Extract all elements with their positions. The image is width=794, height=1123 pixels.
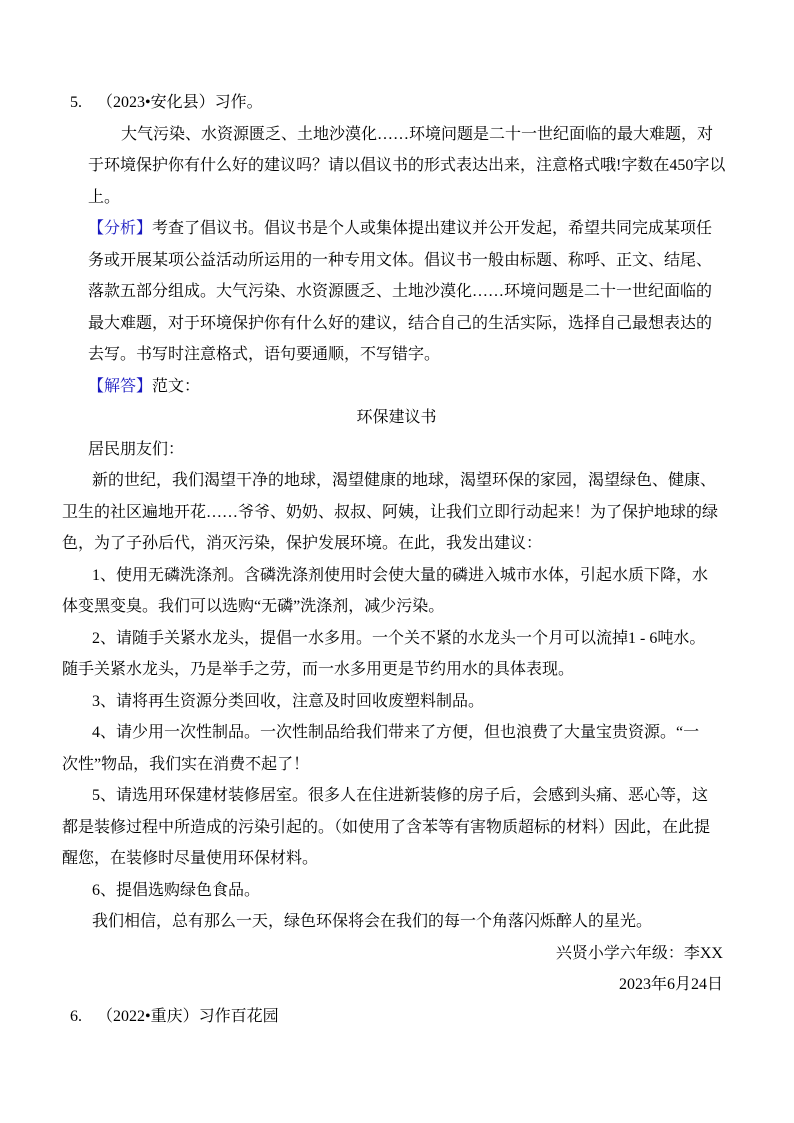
item5-analysis: 【分析】考查了倡议书。倡议书是个人或集体提出建议并公开发起，希望共同完成某项任 …: [88, 213, 731, 371]
essay-paragraph: 我们相信，总有那么一天，绿色环保将会在我们的每一个角落闪烁醉人的星光。: [62, 906, 731, 938]
essay-paragraph: 4、请少用一次性制品。一次性制品给我们带来了方便，但也浪费了大量宝贵资源。“一 …: [62, 717, 731, 780]
item5-number: 5.: [70, 87, 97, 119]
essay-signature: 兴贤小学六年级：李XX: [62, 938, 731, 970]
essay-paragraph: 5、请选用环保建材装修居室。很多人在住进新装修的房子后，会感到头痛、恶心等，这 …: [62, 780, 731, 875]
item5-answer: 【解答】范文：: [88, 371, 731, 403]
analysis-text: 考查了倡议书。倡议书是个人或集体提出建议并公开发起，希望共同完成某项任 务或开展…: [88, 220, 712, 363]
essay-title: 环保建议书: [62, 402, 731, 434]
item5-heading-text: （2023•安化县）习作。: [97, 94, 263, 111]
answer-label: 【解答】: [88, 378, 152, 395]
essay-paragraph: 3、请将再生资源分类回收，注意及时回收废塑料制品。: [62, 686, 731, 718]
item5-heading: 5.（2023•安化县）习作。: [62, 87, 731, 119]
answer-text: 范文：: [152, 378, 200, 395]
essay-date: 2023年6月24日: [62, 969, 731, 1001]
document-page: 5.（2023•安化县）习作。 大气污染、水资源匮乏、土地沙漠化……环境问题是二…: [0, 0, 794, 1123]
item5-prompt: 大气污染、水资源匮乏、土地沙漠化……环境问题是二十一世纪面临的最大难题，对 于环…: [88, 119, 731, 214]
essay-paragraph: 1、使用无磷洗涤剂。含磷洗涤剂使用时会使大量的磷进入城市水体，引起水质下降，水 …: [62, 560, 731, 623]
essay-greeting: 居民朋友们：: [62, 434, 731, 466]
item6-number: 6.: [70, 1001, 97, 1033]
essay-paragraph: 新的世纪，我们渴望干净的地球，渴望健康的地球，渴望环保的家园，渴望绿色、健康、 …: [62, 465, 731, 560]
item6-heading-text: （2022•重庆）习作百花园: [97, 1008, 279, 1025]
item6-heading: 6.（2022•重庆）习作百花园: [62, 1001, 731, 1033]
essay-paragraph: 6、提倡选购绿色食品。: [62, 875, 731, 907]
analysis-label: 【分析】: [88, 220, 152, 237]
page-content: 5.（2023•安化县）习作。 大气污染、水资源匮乏、土地沙漠化……环境问题是二…: [62, 87, 731, 1032]
essay-paragraph: 2、请随手关紧水龙头，提倡一水多用。一个关不紧的水龙头一个月可以流掉1 - 6吨…: [62, 623, 731, 686]
